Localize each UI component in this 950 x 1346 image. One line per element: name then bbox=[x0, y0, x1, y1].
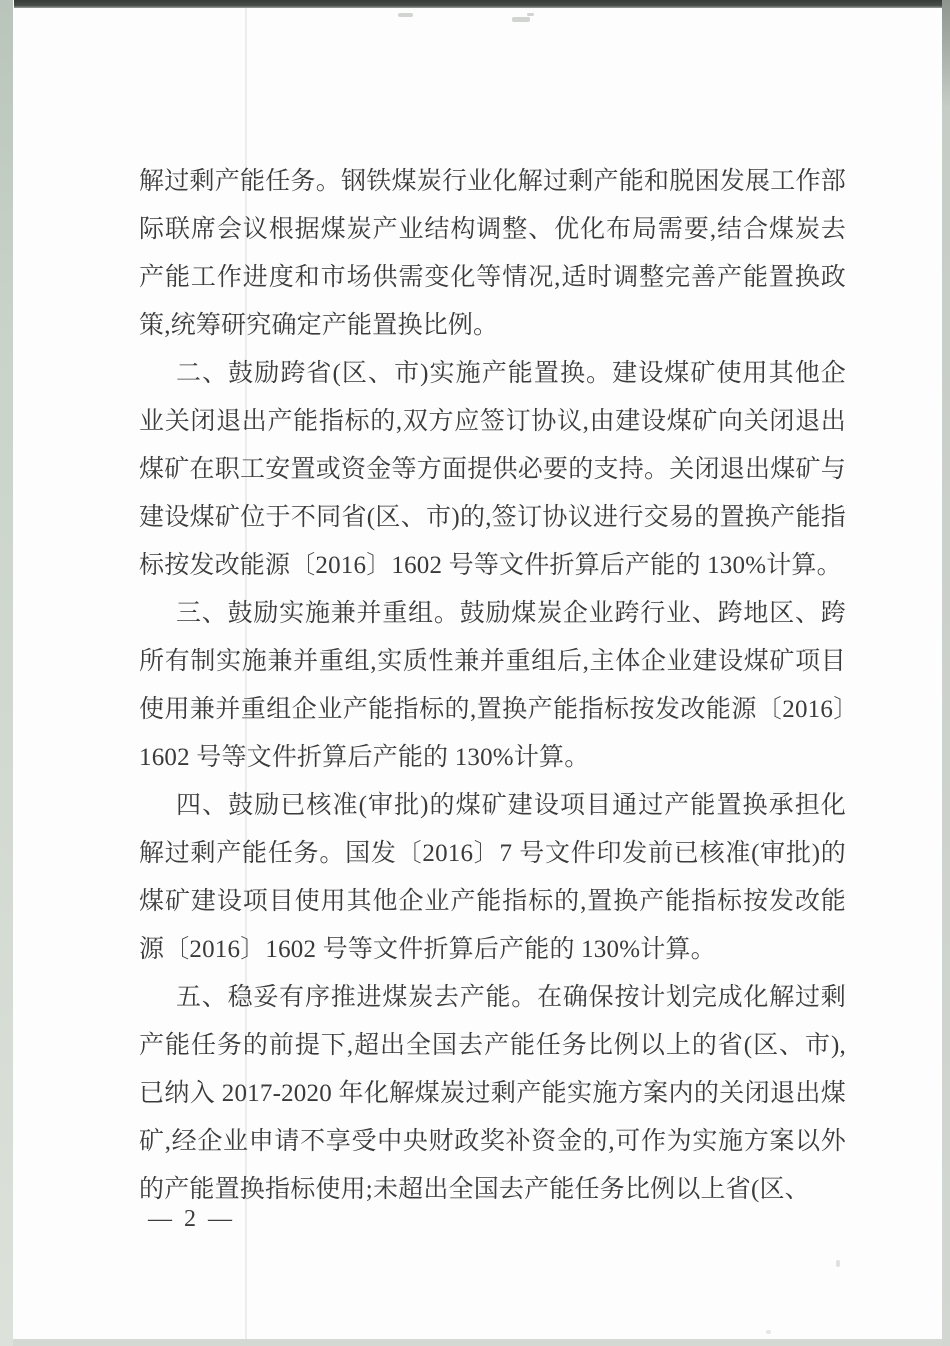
scan-speck bbox=[398, 13, 413, 17]
paragraph-continuation: 解过剩产能任务。钢铁煤炭行业化解过剩产能和脱困发展工作部际联席会议根据煤炭产业结… bbox=[139, 158, 846, 350]
scan-speck bbox=[512, 17, 530, 22]
scan-edge-bottom bbox=[13, 1339, 942, 1346]
paragraph-item-4: 四、鼓励已核准(审批)的煤矿建设项目通过产能置换承担化解过剩产能任务。国发〔20… bbox=[139, 782, 846, 974]
scan-speck bbox=[766, 1330, 771, 1334]
scan-edge-top bbox=[14, 0, 950, 8]
scan-edge-left bbox=[0, 0, 13, 1346]
page-number: — 2 — bbox=[148, 1202, 235, 1236]
document-body: 解过剩产能任务。钢铁煤炭行业化解过剩产能和脱困发展工作部际联席会议根据煤炭产业结… bbox=[139, 158, 846, 1214]
paragraph-item-3: 三、鼓励实施兼并重组。鼓励煤炭企业跨行业、跨地区、跨所有制实施兼并重组,实质性兼… bbox=[139, 590, 846, 782]
scan-speck bbox=[836, 1260, 840, 1267]
paragraph-item-2: 二、鼓励跨省(区、市)实施产能置换。建设煤矿使用其他企业关闭退出产能指标的,双方… bbox=[139, 350, 846, 590]
scan-edge-right bbox=[942, 0, 950, 1346]
scan-speck bbox=[527, 13, 534, 16]
scanned-document-page: 解过剩产能任务。钢铁煤炭行业化解过剩产能和脱困发展工作部际联席会议根据煤炭产业结… bbox=[0, 0, 950, 1346]
paragraph-item-5: 五、稳妥有序推进煤炭去产能。在确保按计划完成化解过剩产能任务的前提下,超出全国去… bbox=[139, 974, 846, 1214]
